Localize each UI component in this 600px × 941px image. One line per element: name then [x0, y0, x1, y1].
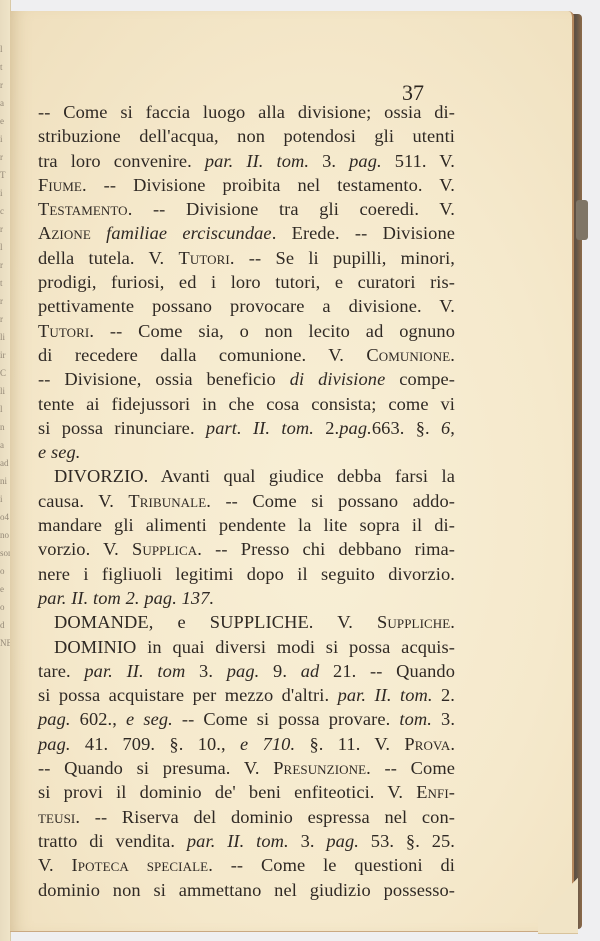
- text-line: tratto di vendita. par. II. tom. 3. pag.…: [38, 829, 455, 853]
- fragment: t: [0, 58, 10, 76]
- text-line: par. II. tom 2. pag. 137.: [38, 586, 455, 610]
- text-line: tare. par. II. tom 3. pag. 9. ad 21. -- …: [38, 659, 455, 683]
- text-line: pag. 602., e seg. -- Come si possa prova…: [38, 707, 455, 731]
- text-line: si provi il dominio de' beni enfiteotici…: [38, 780, 455, 804]
- text-line: Tutori. -- Come sia, o non lecito ad ogn…: [38, 319, 455, 343]
- fragment: i: [0, 490, 10, 508]
- fragment: a: [0, 436, 10, 454]
- text-line: stribuzione dell'acqua, non potendosi gl…: [38, 124, 455, 148]
- fragment: o: [0, 598, 10, 616]
- text-line: prodigi, furiosi, ed i loro tutori, e cu…: [38, 270, 455, 294]
- fragment: T: [0, 166, 10, 184]
- fragment: e: [0, 580, 10, 598]
- text-line: -- Divisione, ossia beneficio di divisio…: [38, 367, 455, 391]
- text-line: si possa acquistare per mezzo d'altri. p…: [38, 683, 455, 707]
- page-tab-marker: [576, 200, 588, 240]
- index-text-block: -- Come si faccia luogo alla divisione; …: [38, 100, 455, 902]
- facing-page-text-fragments: l t r a e i r T i c r l r t r r li ir C …: [0, 40, 10, 680]
- fragment: r: [0, 220, 10, 238]
- text-line: causa. V. Tribunale. -- Come si possano …: [38, 489, 455, 513]
- fragment: r: [0, 76, 10, 94]
- fragment: son: [0, 544, 10, 562]
- fragment: li: [0, 382, 10, 400]
- text-line: di recedere dalla comunione. V. Comunion…: [38, 343, 455, 367]
- text-line: della tutela. V. Tutori. -- Se li pupill…: [38, 246, 455, 270]
- fragment: NE: [0, 634, 10, 652]
- entry-divorzio: DIVORZIO. Avanti qual giudice debba fars…: [38, 464, 455, 488]
- fragment: l: [0, 238, 10, 256]
- fragment: c: [0, 202, 10, 220]
- book-photo: l t r a e i r T i c r l r t r r li ir C …: [0, 0, 600, 941]
- entry-dominio: DOMINIO in quai diversi modi si possa ac…: [38, 635, 455, 659]
- fragment: no: [0, 526, 10, 544]
- fragment: d: [0, 616, 10, 634]
- fragment: e: [0, 112, 10, 130]
- entry-domande: DOMANDE, e SUPPLICHE. V. Suppliche.: [38, 610, 455, 634]
- text-line: tra loro convenire. par. II. tom. 3. pag…: [38, 149, 455, 173]
- text-line: vorzio. V. Supplica. -- Presso chi debba…: [38, 537, 455, 561]
- text-line: V. Ipoteca speciale. -- Come le question…: [38, 853, 455, 877]
- text-line: Azione familiae erciscundae. Erede. -- D…: [38, 221, 455, 245]
- text-line: Fiume. -- Divisione proibita nel testame…: [38, 173, 455, 197]
- fragment: C: [0, 364, 10, 382]
- text-line: -- Come si faccia luogo alla divisione; …: [38, 100, 455, 124]
- fragment: ni: [0, 472, 10, 490]
- fragment: l: [0, 400, 10, 418]
- text-line: e seg.: [38, 440, 455, 464]
- fragment: ir: [0, 346, 10, 364]
- text-line: si possa rinunciare. part. II. tom. 2.pa…: [38, 416, 455, 440]
- fragment: r: [0, 310, 10, 328]
- fragment: n: [0, 418, 10, 436]
- text-line: nere i figliuoli legitimi dopo il seguit…: [38, 562, 455, 586]
- text-line: teusi. -- Riserva del dominio espressa n…: [38, 805, 455, 829]
- fragment: t: [0, 274, 10, 292]
- fragment: i: [0, 184, 10, 202]
- fragment: r: [0, 148, 10, 166]
- text-line: tente ai fidejussori in che cosa consist…: [38, 392, 455, 416]
- fragment: i: [0, 130, 10, 148]
- fragment: o: [0, 562, 10, 580]
- text-line: dominio non si ammettano nel giudizio po…: [38, 878, 455, 902]
- text-line: Testamento. -- Divisione tra gli coeredi…: [38, 197, 455, 221]
- fragment: r: [0, 292, 10, 310]
- text-line: pettivamente possano provocare a divisio…: [38, 294, 455, 318]
- text-line: pag. 41. 709. §. 10., e 710. §. 11. V. P…: [38, 732, 455, 756]
- text-line: mandare gli alimenti pendente la lite so…: [38, 513, 455, 537]
- fragment: l: [0, 40, 10, 58]
- text-line: -- Quando si presuma. V. Presunzione. --…: [38, 756, 455, 780]
- fragment: li: [0, 328, 10, 346]
- fragment: ad: [0, 454, 10, 472]
- fragment: r: [0, 256, 10, 274]
- fragment: o4: [0, 508, 10, 526]
- fragment: a: [0, 94, 10, 112]
- folded-corner: [538, 863, 578, 934]
